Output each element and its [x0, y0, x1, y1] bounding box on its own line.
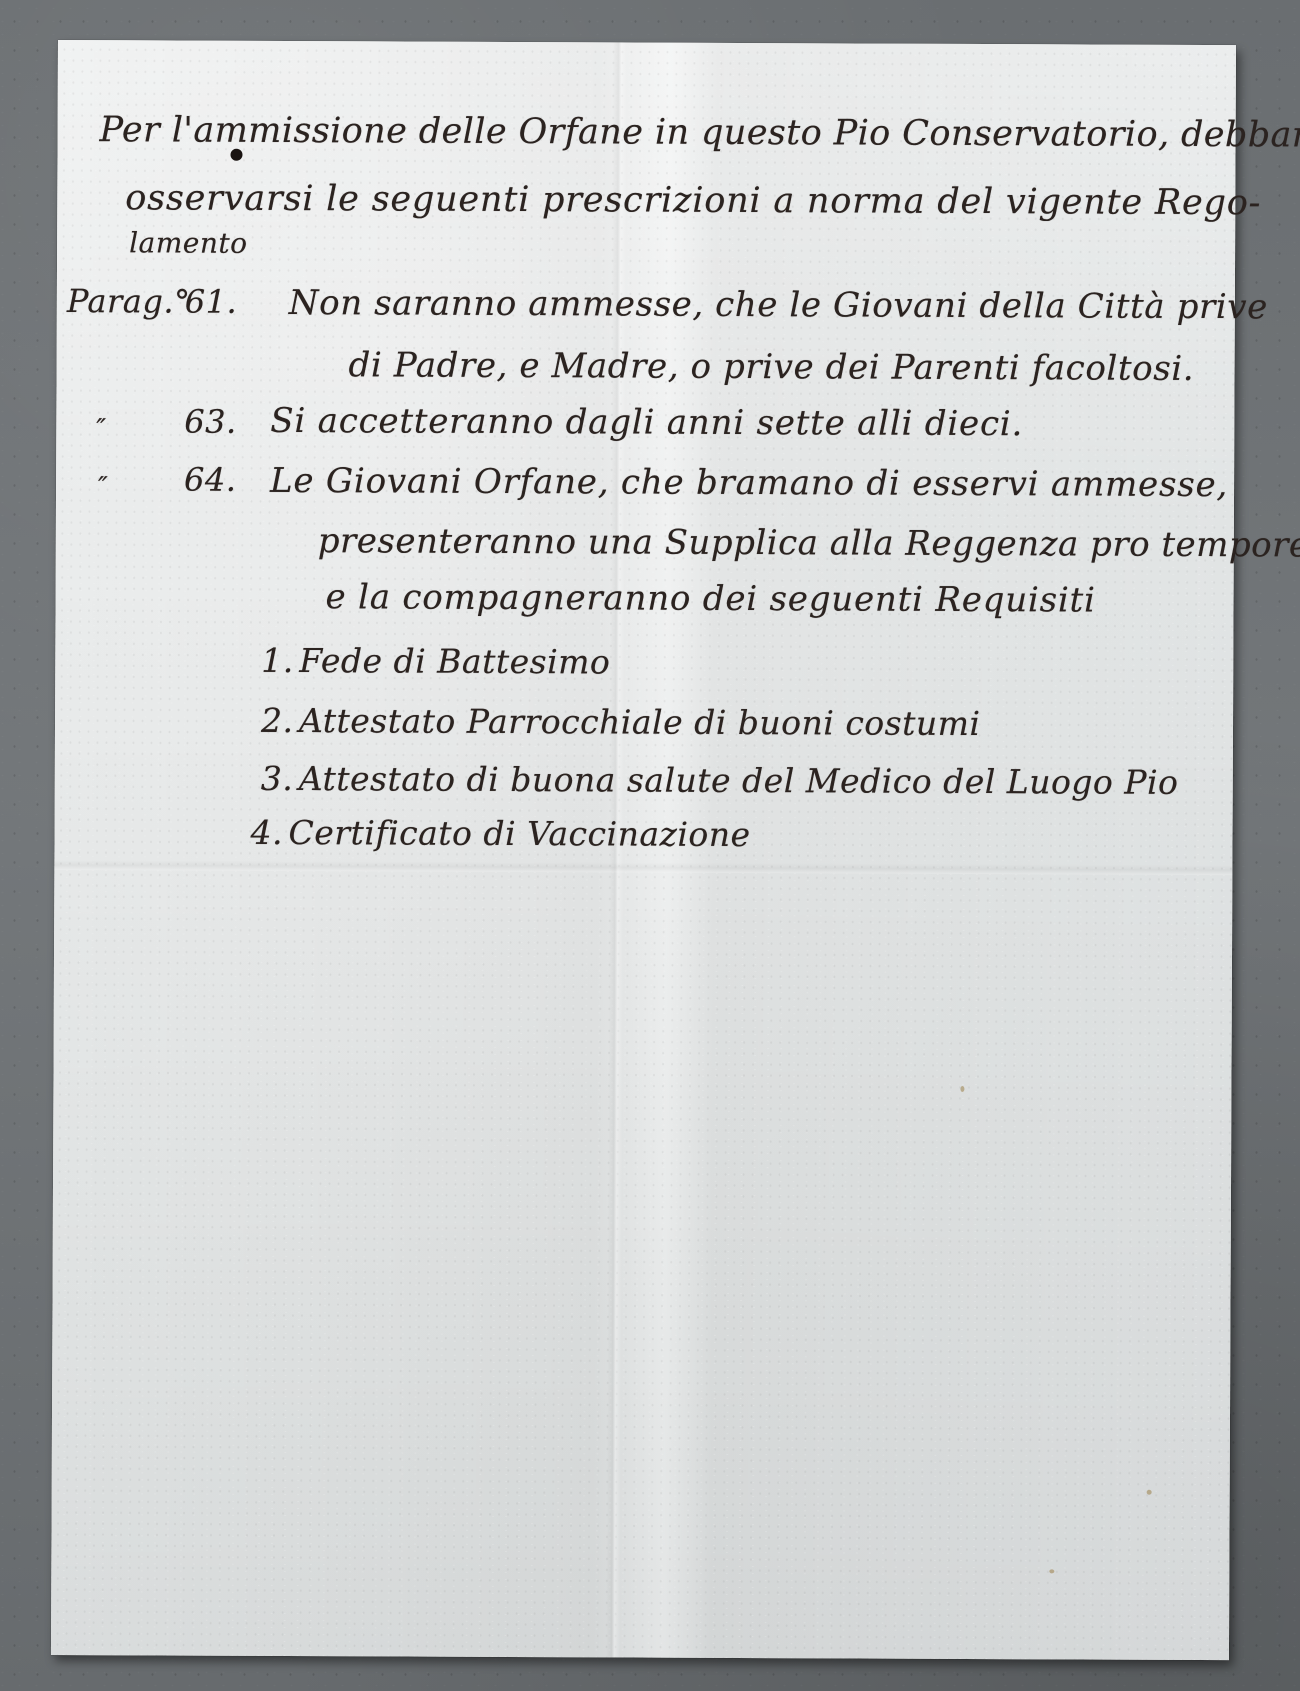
- intro-line-1: Per l'ammissione delle Orfane in questo …: [100, 110, 1300, 155]
- requisite-number: 1.: [261, 641, 294, 680]
- paragraph-number: 64.: [184, 461, 237, 499]
- requisite-number: 2.: [261, 701, 294, 740]
- paragraph-61-line-1: Non saranno ammesse, che le Giovani dell…: [289, 283, 1268, 327]
- foxing-spot: [1049, 1569, 1054, 1573]
- foxing-spot: [1147, 1490, 1152, 1495]
- intro-line-3: lamento: [129, 226, 248, 260]
- requisite-item: Attestato Parrocchiale di buoni costumi: [299, 701, 981, 743]
- requisite-number: 3.: [261, 759, 294, 798]
- paragraph-margin-label: Parag.°: [67, 282, 191, 321]
- ditto-mark: ″: [98, 472, 108, 502]
- requisite-item: Attestato di buona salute del Medico del…: [299, 759, 1179, 802]
- paragraph-64-line-3: e la compagneranno dei seguenti Requisit…: [325, 577, 1095, 620]
- paragraph-number: 61.: [185, 283, 238, 321]
- paragraph-64-line-2: presenteranno una Supplica alla Reggenza…: [318, 521, 1300, 565]
- requisite-item: Fede di Battesimo: [299, 641, 610, 681]
- requisite-number: 4.: [250, 813, 283, 852]
- paragraph-63-line-1: Si accetteranno dagli anni sette alli di…: [270, 401, 1023, 444]
- paragraph-61-line-2: di Padre, e Madre, o prive dei Parenti f…: [348, 345, 1194, 389]
- intro-line-2: osservarsi le seguenti prescrizioni a no…: [125, 178, 1261, 223]
- manuscript-page: Per l'ammissione delle Orfane in questo …: [51, 40, 1236, 1660]
- ditto-mark: ″: [96, 414, 106, 444]
- paragraph-64-line-1: Le Giovani Orfane, che bramano di esserv…: [270, 461, 1228, 505]
- foxing-spot: [960, 1086, 964, 1092]
- requisite-item: Certificato di Vaccinazione: [288, 813, 750, 854]
- paragraph-number: 63.: [184, 403, 237, 441]
